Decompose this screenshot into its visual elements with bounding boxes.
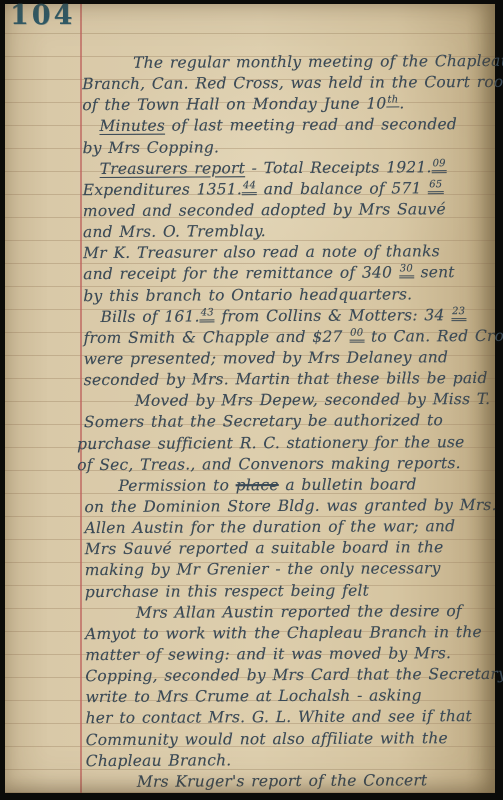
page-number: 104	[10, 0, 75, 31]
text-fragment: a bulletin board	[279, 475, 417, 494]
cents-superscript: 09	[432, 158, 447, 173]
handwritten-line: matter of sewing: and it was moved by Mr…	[85, 643, 495, 666]
handwritten-line: Permission to place a bulletin board	[84, 474, 494, 497]
handwritten-line: Mrs Allan Austin reported the desire of	[85, 601, 495, 624]
handwritten-line: of Sec, Treas., and Convenors making rep…	[77, 453, 494, 476]
handwritten-line: purchase in this respect being felt	[85, 579, 495, 602]
underlined-heading: Treasurers report	[100, 159, 245, 178]
handwritten-line: Allen Austin for the duration of the war…	[85, 516, 495, 539]
text-fragment: to Can. Red Cross	[364, 327, 503, 346]
cents-superscript: 43	[200, 307, 215, 322]
handwritten-line: from Smith & Chapple and $27 00 to Can. …	[84, 326, 494, 349]
text-fragment: from Smith & Chapple and $27	[84, 328, 350, 347]
cents-superscript: 65	[428, 179, 443, 194]
text-fragment: of the Town Hall on Monday June 10	[82, 95, 386, 115]
text-fragment: Expenditures 1351.	[83, 180, 242, 199]
handwritten-line: Somers that the Secretary be authorized …	[84, 410, 494, 433]
ledger-paper: 104 The regular monthly meeting of the C…	[5, 4, 495, 793]
handwritten-line: Branch, Can. Red Cross, was held in the …	[82, 72, 492, 95]
handwritten-line: by Mrs Copping.	[83, 135, 493, 158]
handwritten-line: Community would not also affiliate with …	[86, 727, 496, 750]
handwritten-line: and receipt for the remittance of 340 30…	[83, 262, 493, 285]
meeting-minutes-text: The regular monthly meeting of the Chapl…	[82, 51, 496, 793]
text-fragment: .	[399, 95, 404, 113]
handwritten-line: Mrs Kruger's report of the Concert	[86, 770, 496, 793]
struck-out-word: place	[236, 476, 279, 494]
scanned-minutes-page: { "doc": { "page_number": "104", "colors…	[0, 0, 503, 800]
handwritten-line: Mrs Sauvé reported a suitable board in t…	[85, 537, 495, 560]
handwritten-line: Moved by Mrs Depew, seconded by Miss T.	[84, 389, 494, 412]
handwritten-line: by this branch to Ontario headquarters.	[83, 283, 493, 306]
handwritten-line: Minutes of last meeting read and seconde…	[82, 114, 492, 137]
cents-superscript: 30	[399, 264, 414, 279]
handwritten-line: Copping, seconded by Mrs Card that the S…	[85, 664, 495, 687]
handwritten-line: Bills of 161.43 from Collins & Motters: …	[83, 305, 493, 328]
handwritten-line: Mr K. Treasurer also read a note of than…	[83, 241, 493, 264]
handwritten-line: moved and seconded adopted by Mrs Sauvé	[83, 199, 493, 222]
handwritten-line: write to Mrs Crume at Lochalsh - asking	[85, 685, 495, 708]
handwritten-line: Expenditures 1351.44 and balance of 571 …	[83, 178, 493, 201]
handwritten-line: of the Town Hall on Monday June 10th.	[82, 93, 492, 116]
handwritten-line: were presented; moved by Mrs Delaney and	[84, 347, 494, 370]
handwritten-line: and Mrs. O. Tremblay.	[83, 220, 493, 243]
handwritten-line: purchase sufficient R. C. stationery for…	[77, 431, 494, 454]
text-fragment: and balance of 571	[257, 179, 428, 198]
text-fragment: of last meeting read and seconded	[165, 116, 457, 136]
cents-superscript: 44	[242, 180, 257, 195]
handwritten-line: on the Dominion Store Bldg. was granted …	[84, 495, 494, 518]
handwritten-line: her to contact Mrs. G. L. White and see …	[85, 706, 495, 729]
cents-superscript: 00	[349, 327, 364, 342]
handwritten-line: Treasurers report - Total Receipts 1921.…	[83, 157, 493, 180]
text-fragment: and receipt for the remittance of 340	[83, 264, 399, 284]
handwritten-line: The regular monthly meeting of the Chapl…	[82, 51, 492, 74]
handwritten-line: Chapleau Branch.	[86, 749, 496, 772]
handwritten-line: making by Mr Grenier - the only necessar…	[85, 558, 495, 581]
text-fragment: sent	[414, 264, 455, 282]
cents-superscript: 23	[451, 306, 466, 321]
ordinal-suffix: th	[386, 95, 399, 108]
text-fragment: Permission to	[118, 476, 235, 495]
handwritten-line: Amyot to work with the Chapleau Branch i…	[85, 622, 495, 645]
handwritten-line: seconded by Mrs. Martin that these bills…	[84, 368, 494, 391]
text-fragment: from Collins & Motters: 34	[215, 306, 451, 325]
text-fragment: - Total Receipts 1921.	[245, 158, 432, 177]
underlined-heading: Minutes	[99, 117, 165, 135]
text-fragment: Bills of 161.	[100, 307, 199, 326]
